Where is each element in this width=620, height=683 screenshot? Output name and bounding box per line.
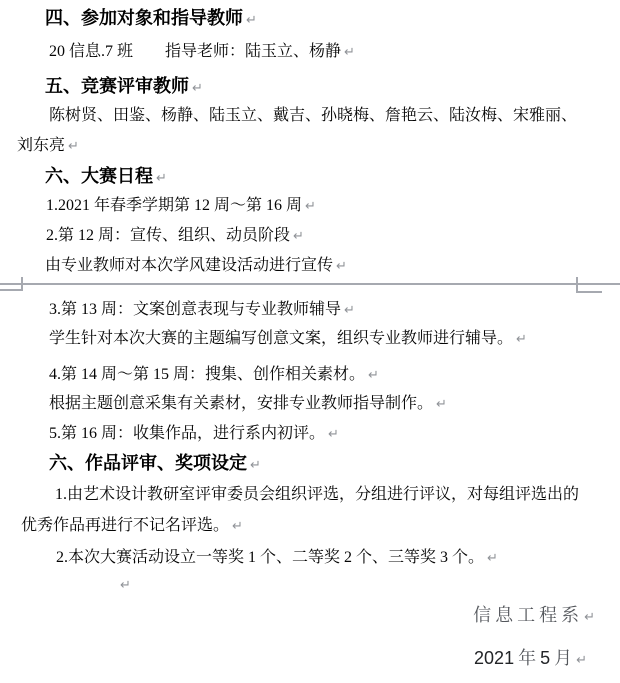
paragraph-mark-icon: ↵ <box>246 13 257 28</box>
section5-heading-text: 五、竞赛评审教师 <box>45 76 189 96</box>
awards-line: 2.本次大赛活动设立一等奖 1 个、二等奖 2 个、三等奖 3 个。↵ <box>56 548 498 569</box>
schedule-item-4-text: 4.第 14 周～第 15 周：搜集、创作相关素材。 <box>49 366 365 383</box>
judges-text-2: 刘东亮 <box>17 137 65 154</box>
review-line-2: 优秀作品再进行不记名评选。↵ <box>21 516 243 537</box>
schedule-item-1-text: 1.2021 年春季学期第 12 周～第 16 周 <box>46 197 302 214</box>
schedule-item-2-desc-text: 由专业教师对本次学风建设活动进行宣传 <box>45 257 333 274</box>
section7-heading: 六、作品评审、奖项设定↵ <box>49 453 261 476</box>
paragraph-mark-icon: ↵ <box>250 458 261 473</box>
schedule-item-5-text: 5.第 16 周：收集作品，进行系内初评。 <box>49 425 325 442</box>
paragraph-mark-icon: ↵ <box>68 139 79 154</box>
section7-heading-text: 六、作品评审、奖项设定 <box>49 453 247 473</box>
schedule-item-3-desc-text: 学生针对本次大赛的主题编写创意文案，组织专业教师进行辅导。 <box>49 330 513 347</box>
paragraph-mark-icon: ↵ <box>344 303 355 318</box>
paragraph-mark-icon: ↵ <box>293 229 304 244</box>
participants-text: 20 信息.7 班 指导老师：陆玉立、杨静 <box>49 43 341 60</box>
schedule-item-2: 2.第 12 周：宣传、组织、动员阶段↵ <box>46 226 304 247</box>
paragraph-mark-icon: ↵ <box>344 45 355 60</box>
paragraph-mark-icon: ↵ <box>305 199 316 214</box>
schedule-item-5: 5.第 16 周：收集作品，进行系内初评。↵ <box>49 424 339 445</box>
page-break-line <box>0 283 620 285</box>
schedule-item-4: 4.第 14 周～第 15 周：搜集、创作相关素材。↵ <box>49 365 379 386</box>
review-text-1: 1.由艺术设计教研室评审委员会组织评选，分组进行评议，对每组评选出的 <box>55 486 579 503</box>
document-page: 四、参加对象和指导教师↵ 20 信息.7 班 指导老师：陆玉立、杨静↵ 五、竞赛… <box>0 0 620 683</box>
section6-heading: 六、大赛日程↵ <box>45 166 167 189</box>
section6-heading-text: 六、大赛日程 <box>45 166 153 186</box>
paragraph-mark-icon: ↵ <box>368 368 379 383</box>
schedule-item-3-desc: 学生针对本次大赛的主题编写创意文案，组织专业教师进行辅导。↵ <box>49 329 527 350</box>
page-corner-mark-right <box>576 291 602 293</box>
date-year: 2021 <box>474 648 514 668</box>
participants-line: 20 信息.7 班 指导老师：陆玉立、杨静↵ <box>49 42 355 63</box>
section4-heading-text: 四、参加对象和指导教师 <box>45 8 243 28</box>
paragraph-mark-icon: ↵ <box>328 427 339 442</box>
awards-text: 2.本次大赛活动设立一等奖 1 个、二等奖 2 个、三等奖 3 个。 <box>56 549 484 566</box>
paragraph-mark-icon: ↵ <box>156 171 167 186</box>
paragraph-mark-icon: ↵ <box>232 519 243 534</box>
paragraph-mark-icon: ↵ <box>436 397 447 412</box>
signature-department-text: 信息工程系 <box>473 605 583 625</box>
schedule-item-2-text: 2.第 12 周：宣传、组织、动员阶段 <box>46 227 290 244</box>
signature-department: 信息工程系↵ <box>473 601 595 627</box>
review-line-1: 1.由艺术设计教研室评审委员会组织评选，分组进行评议，对每组评选出的 <box>55 485 579 505</box>
empty-paragraph: ↵ <box>120 575 131 596</box>
judges-line-1: 陈树贤、田鉴、杨静、陆玉立、戴吉、孙晓梅、詹艳云、陆汝梅、宋雅丽、 <box>49 106 577 126</box>
judges-line-2: 刘东亮↵ <box>17 136 79 157</box>
section5-heading: 五、竞赛评审教师↵ <box>45 76 203 99</box>
review-text-2: 优秀作品再进行不记名评选。 <box>21 517 229 534</box>
judges-text-1: 陈树贤、田鉴、杨静、陆玉立、戴吉、孙晓梅、詹艳云、陆汝梅、宋雅丽、 <box>49 107 577 124</box>
paragraph-mark-icon: ↵ <box>487 551 498 566</box>
paragraph-mark-icon: ↵ <box>516 332 527 347</box>
paragraph-mark-icon: ↵ <box>336 259 347 274</box>
date-month-unit: 月 <box>554 648 572 668</box>
date-month: 5 <box>540 648 550 668</box>
paragraph-mark-icon: ↵ <box>192 81 203 96</box>
schedule-item-2-desc: 由专业教师对本次学风建设活动进行宣传↵ <box>45 256 347 277</box>
page-corner-mark-left <box>0 289 22 291</box>
schedule-item-4-desc: 根据主题创意采集有关素材，安排专业教师指导制作。↵ <box>49 394 447 415</box>
schedule-item-4-desc-text: 根据主题创意采集有关素材，安排专业教师指导制作。 <box>49 395 433 412</box>
signature-date: 2021年5月↵ <box>474 644 587 670</box>
schedule-item-3-text: 3.第 13 周：文案创意表现与专业教师辅导 <box>49 301 341 318</box>
schedule-item-3: 3.第 13 周：文案创意表现与专业教师辅导↵ <box>49 300 355 321</box>
date-year-unit: 年 <box>518 648 536 668</box>
page-corner-mark-left-tick <box>21 277 23 291</box>
section4-heading: 四、参加对象和指导教师↵ <box>45 8 257 31</box>
schedule-item-1: 1.2021 年春季学期第 12 周～第 16 周↵ <box>46 196 316 217</box>
paragraph-mark-icon: ↵ <box>120 578 131 593</box>
paragraph-mark-icon: ↵ <box>576 653 587 668</box>
paragraph-mark-icon: ↵ <box>584 610 595 625</box>
